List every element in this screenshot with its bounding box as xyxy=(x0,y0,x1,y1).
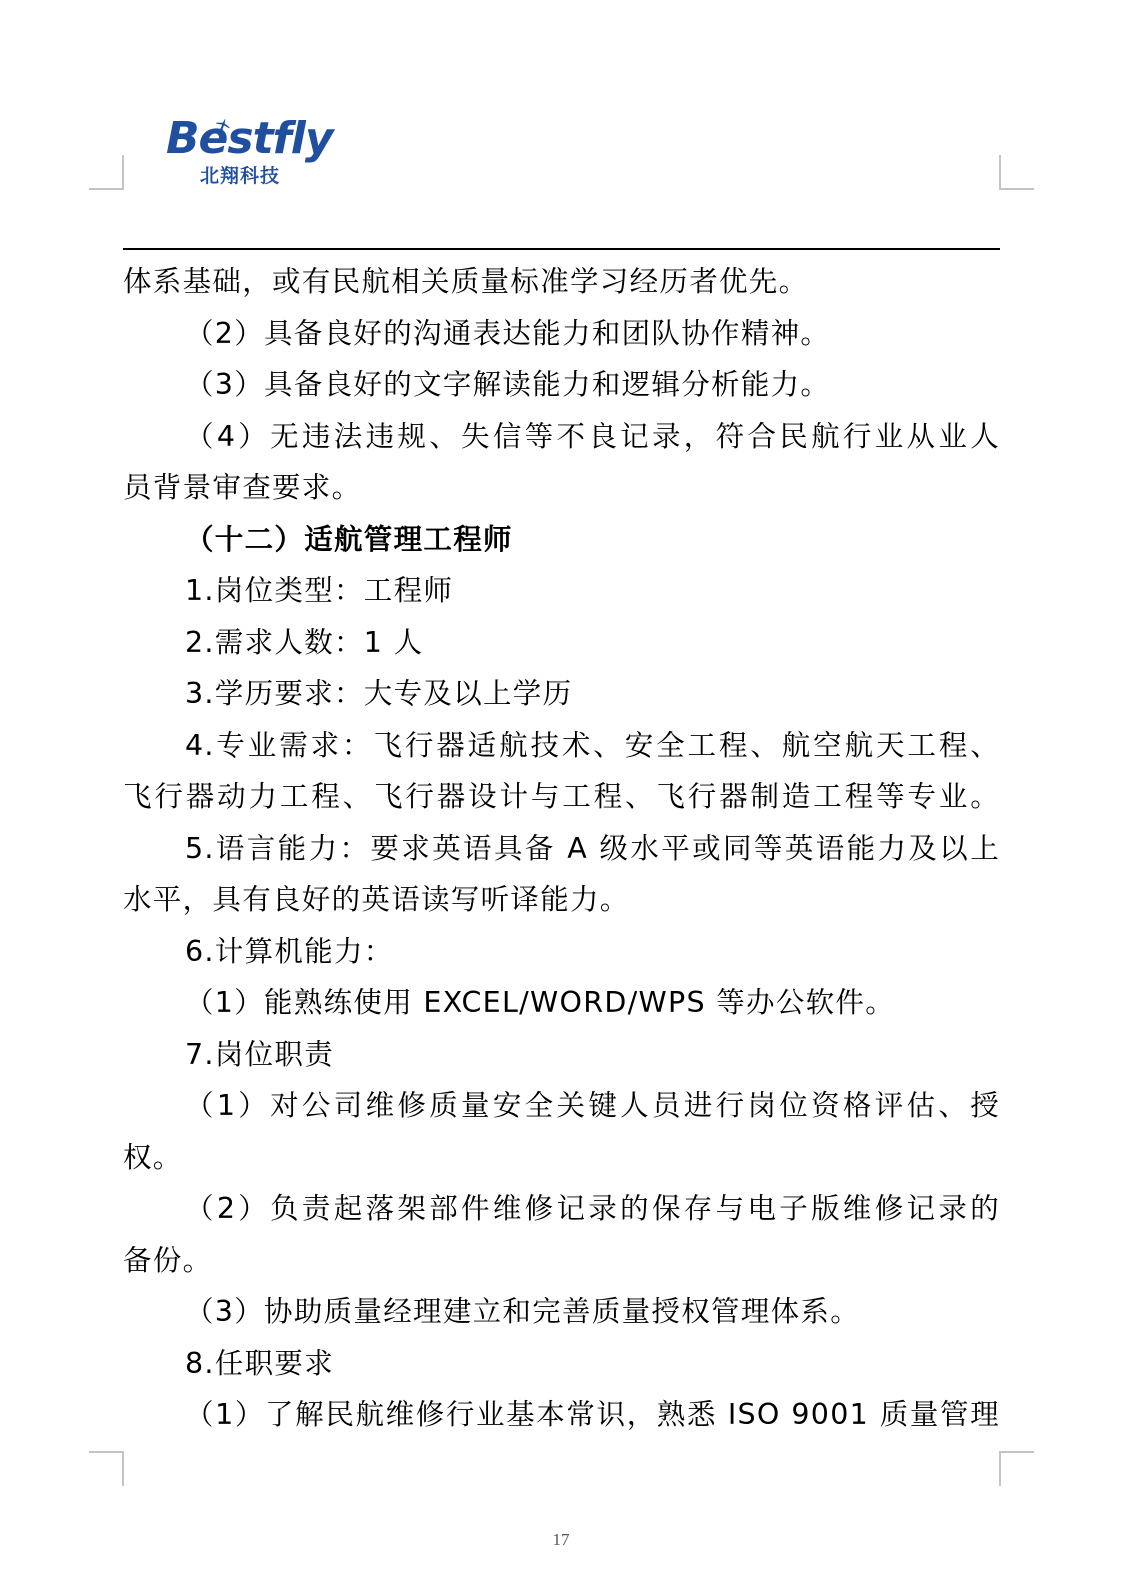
paragraph-line: （4）无违法违规、失信等不良记录，符合民航行业从业人 xyxy=(123,411,1000,463)
paragraph-line: 2.需求人数：1 人 xyxy=(123,617,1000,669)
crop-mark-top-right xyxy=(999,155,1034,190)
paragraph-line: （1）了解民航维修行业基本常识，熟悉 ISO 9001 质量管理 xyxy=(123,1389,1000,1441)
paragraph-line: 3.学历要求：大专及以上学历 xyxy=(123,668,1000,720)
header-rule xyxy=(123,248,1000,250)
logo-brand-cn: 北翔科技 xyxy=(200,164,280,188)
paragraph-line: 7.岗位职责 xyxy=(123,1029,1000,1081)
page-number: 17 xyxy=(0,1530,1122,1550)
paragraph-line: （3）协助质量经理建立和完善质量授权管理体系。 xyxy=(123,1286,1000,1338)
airplane-icon xyxy=(216,118,230,132)
paragraph-line: 备份。 xyxy=(123,1235,1000,1287)
document-body: 体系基础，或有民航相关质量标准学习经历者优先。 （2）具备良好的沟通表达能力和团… xyxy=(123,256,1000,1441)
section-heading: （十二）适航管理工程师 xyxy=(123,514,1000,566)
paragraph-line: 体系基础，或有民航相关质量标准学习经历者优先。 xyxy=(123,256,1000,308)
paragraph-line: 6.计算机能力： xyxy=(123,926,1000,978)
paragraph-line: （2）负责起落架部件维修记录的保存与电子版维修记录的 xyxy=(123,1183,1000,1235)
logo-brand-en: Bestfly xyxy=(166,114,333,164)
paragraph-line: （1）对公司维修质量安全关键人员进行岗位资格评估、授 xyxy=(123,1080,1000,1132)
crop-mark-bottom-right xyxy=(999,1451,1034,1486)
paragraph-line: 权。 xyxy=(123,1132,1000,1184)
paragraph-line: 飞行器动力工程、飞行器设计与工程、飞行器制造工程等专业。 xyxy=(123,771,1000,823)
company-logo: Bestfly 北翔科技 xyxy=(166,114,336,194)
paragraph-line: 水平，具有良好的英语读写听译能力。 xyxy=(123,874,1000,926)
paragraph-line: （3）具备良好的文字解读能力和逻辑分析能力。 xyxy=(123,359,1000,411)
crop-mark-top-left xyxy=(89,155,124,190)
paragraph-line: 4.专业需求：飞行器适航技术、安全工程、航空航天工程、 xyxy=(123,720,1000,772)
paragraph-line: 员背景审查要求。 xyxy=(123,462,1000,514)
paragraph-line: 1.岗位类型：工程师 xyxy=(123,565,1000,617)
paragraph-line: 8.任职要求 xyxy=(123,1338,1000,1390)
paragraph-line: （2）具备良好的沟通表达能力和团队协作精神。 xyxy=(123,308,1000,360)
crop-mark-bottom-left xyxy=(89,1451,124,1486)
paragraph-line: 5.语言能力：要求英语具备 A 级水平或同等英语能力及以上 xyxy=(123,823,1000,875)
paragraph-line: （1）能熟练使用 EXCEL/WORD/WPS 等办公软件。 xyxy=(123,977,1000,1029)
